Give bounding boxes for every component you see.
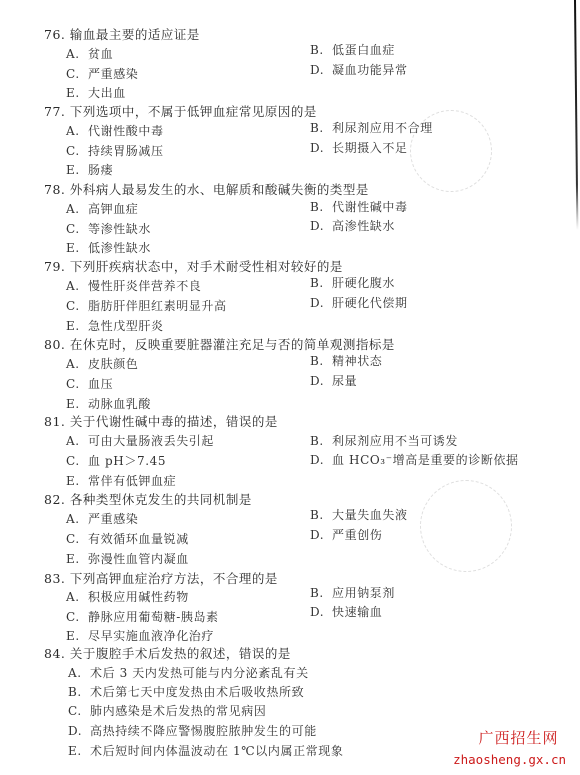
option-d: D.高热持续不降应警惕腹腔脓肿发生的可能 xyxy=(68,722,317,739)
option-c: C.静脉应用葡萄糖-胰岛素 xyxy=(66,608,219,625)
option-a: A.积极应用碱性药物 xyxy=(66,588,189,605)
option-a: A.皮肤颜色 xyxy=(66,355,138,372)
option-e: E.动脉血乳酸 xyxy=(66,395,151,412)
scan-edge-line xyxy=(574,0,578,230)
option-a: A.可由大量肠液丢失引起 xyxy=(66,432,214,449)
option-a: A.术后 3 天内发热可能与内分泌紊乱有关 xyxy=(68,664,309,681)
option-e: E.弥漫性血管内凝血 xyxy=(66,550,189,567)
option-c: C.脂肪肝伴胆红素明显升高 xyxy=(66,297,227,314)
question-stem: 77. 下列选项中，不属于低钾血症常见原因的是 xyxy=(44,102,317,120)
option-e: E.大出血 xyxy=(66,84,126,101)
question-stem: 83. 下列高钾血症治疗方法，不合理的是 xyxy=(44,569,278,587)
option-b: B.大量失血失液 xyxy=(310,506,408,523)
option-e: E.术后短时间内体温波动在 1℃以内属正常现象 xyxy=(68,742,343,759)
option-c: C.血 pH＞7.45 xyxy=(66,452,166,469)
option-e: E.肠瘘 xyxy=(66,161,113,178)
option-c: C.血压 xyxy=(66,375,113,392)
option-c: C.等渗性缺水 xyxy=(66,220,151,237)
option-d: D.快速输血 xyxy=(310,603,382,620)
option-c: C.肺内感染是术后发热的常见病因 xyxy=(68,702,266,719)
option-c: C.持续胃肠减压 xyxy=(66,142,164,159)
option-a: A.代谢性酸中毒 xyxy=(66,122,164,139)
option-d: D.高渗性缺水 xyxy=(310,217,395,234)
option-a: A.高钾血症 xyxy=(66,200,138,217)
option-b: B.应用钠泵剂 xyxy=(310,584,395,601)
option-b: B.利尿剂应用不合理 xyxy=(310,119,433,136)
option-c: C.有效循环血量锐减 xyxy=(66,530,189,547)
option-e: E.急性戊型肝炎 xyxy=(66,317,164,334)
option-b: B.低蛋白血症 xyxy=(310,41,395,58)
option-c: C.严重感染 xyxy=(66,65,138,82)
option-e: E.常伴有低钾血症 xyxy=(66,472,176,489)
question-stem: 84. 关于腹腔手术后发热的叙述，错误的是 xyxy=(44,644,291,662)
watermark-url: zhaosheng.gx.cn xyxy=(453,752,566,767)
option-a: A.慢性肝炎伴营养不良 xyxy=(66,277,201,294)
question-stem: 82. 各种类型休克发生的共同机制是 xyxy=(44,490,252,508)
question-stem: 76. 输血最主要的适应证是 xyxy=(44,25,200,43)
question-stem: 78. 外科病人最易发生的水、电解质和酸碱失衡的类型是 xyxy=(44,180,369,198)
option-b: B.术后第七天中度发热由术后吸收热所致 xyxy=(68,683,304,700)
option-d: D.肝硬化代偿期 xyxy=(310,294,408,311)
question-stem: 80. 在休克时，反映重要脏器灌注充足与否的简单观测指标是 xyxy=(44,335,395,353)
site-watermark: 广西招生网 zhaosheng.gx.cn xyxy=(453,727,566,767)
question-stem: 79. 下列肝疾病状态中，对手术耐受性相对较好的是 xyxy=(44,257,343,275)
option-b: B.代谢性碱中毒 xyxy=(310,198,408,215)
option-b: B.利尿剂应用不当可诱发 xyxy=(310,432,458,449)
exam-page: 76. 输血最主要的适应证是 A.贫血 B.低蛋白血症 C.严重感染 D.凝血功… xyxy=(0,0,580,775)
option-d: D.凝血功能异常 xyxy=(310,61,408,78)
option-a: A.贫血 xyxy=(66,45,113,62)
option-e: E.尽早实施血液净化治疗 xyxy=(66,627,214,644)
option-d: D.血 HCO₃⁻增高是重要的诊断依据 xyxy=(310,451,519,468)
option-d: D.严重创伤 xyxy=(310,526,382,543)
option-b: B.肝硬化腹水 xyxy=(310,274,395,291)
option-e: E.低渗性缺水 xyxy=(66,239,151,256)
faint-stamp-mark xyxy=(420,480,512,572)
option-d: D.长期摄入不足 xyxy=(310,139,408,156)
option-d: D.尿量 xyxy=(310,372,357,389)
watermark-site-name: 广西招生网 xyxy=(453,727,566,748)
option-b: B.精神状态 xyxy=(310,352,382,369)
option-a: A.严重感染 xyxy=(66,510,138,527)
question-stem: 81. 关于代谢性碱中毒的描述，错误的是 xyxy=(44,412,278,430)
